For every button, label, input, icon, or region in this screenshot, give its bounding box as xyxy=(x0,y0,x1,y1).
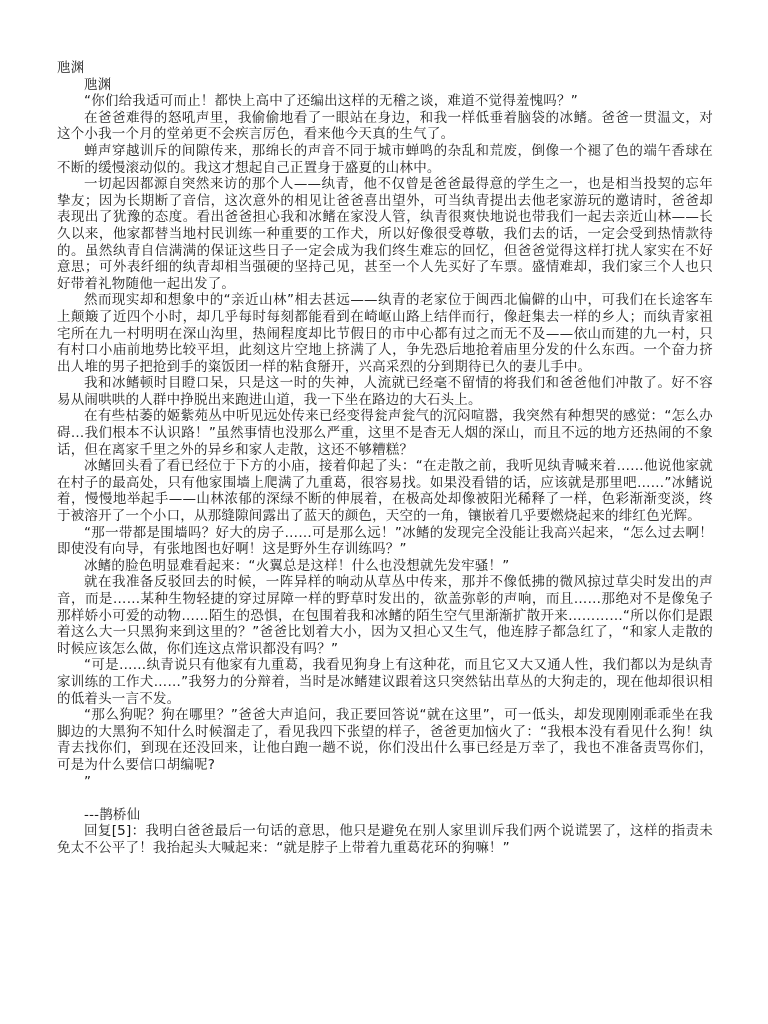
paragraph: “那一带都是围墙吗？好大的房子……可是那么远！”冰鳍的发现完全没能让我高兴起来，… xyxy=(57,525,713,558)
paragraph: 冰鳍回头看了看已经位于下方的小庙，接着仰起了头：“在走散之前，我听见纨青喊来着…… xyxy=(57,458,713,524)
reply-paragraph: 回复[5]：我明白爸爸最后一句话的意思，他只是避免在别人家里训斥我们两个说谎罢了… xyxy=(57,823,713,856)
document-page: 虺渊 虺渊 “你们给我适可而止！都快上高中了还编出这样的无稽之谈，难道不觉得羞愧… xyxy=(0,0,768,1024)
paragraph: 在有些枯萎的姬紫苑丛中听见远处传来已经变得瓮声瓮气的沉闷喧嚣，我突然有种想哭的感… xyxy=(57,408,713,458)
dangling-quote: ” xyxy=(57,774,713,791)
doc-heading: 虺渊 xyxy=(57,77,713,94)
paragraph: 我和冰鳍顿时目瞪口呆，只是这一时的失神，人流就已经毫不留情的将我们和爸爸他们冲散… xyxy=(57,375,713,408)
paragraph: 蝉声穿越训斥的间隙传来，那绵长的声音不同于城市蝉鸣的杂乱和荒废，倒像一个褪了色的… xyxy=(57,143,713,176)
paragraph: 就在我准备反驳回去的时候，一阵异样的响动从草丛中传来，那并不像低拂的微风掠过草尖… xyxy=(57,574,713,657)
document-body: 虺渊 虺渊 “你们给我适可而止！都快上高中了还编出这样的无稽之谈，难道不觉得羞愧… xyxy=(57,60,713,857)
paragraph: 然而现实却和想象中的“亲近山林”相去甚远——纨青的老家位于闽西北偏僻的山中，可我… xyxy=(57,292,713,375)
paragraph: “你们给我适可而止！都快上高中了还编出这样的无稽之谈，难道不觉得羞愧吗？” xyxy=(57,93,713,110)
paragraph: “可是……纨青说只有他家有九重葛，我看见狗身上有这种花，而且它又大又通人性，我们… xyxy=(57,657,713,707)
paragraph: “那么狗呢？狗在哪里？”爸爸大声追问，我正要回答说“就在这里”，可一低头，却发现… xyxy=(57,707,713,773)
paragraph: 在爸爸难得的怒吼声里，我偷偷地看了一眼站在身边，和我一样低垂着脑袋的冰鳍。爸爸一… xyxy=(57,110,713,143)
doc-title: 虺渊 xyxy=(57,60,713,77)
paragraph: 一切起因都源自突然来访的那个人——纨青，他不仅曾是爸爸最得意的学生之一，也是相当… xyxy=(57,176,713,292)
author-signature: ---鹊桥仙 xyxy=(57,807,713,824)
paragraph: 冰鳍的脸色明显难看起来：“火翼总是这样！什么也没想就先发牢骚！” xyxy=(57,558,713,575)
